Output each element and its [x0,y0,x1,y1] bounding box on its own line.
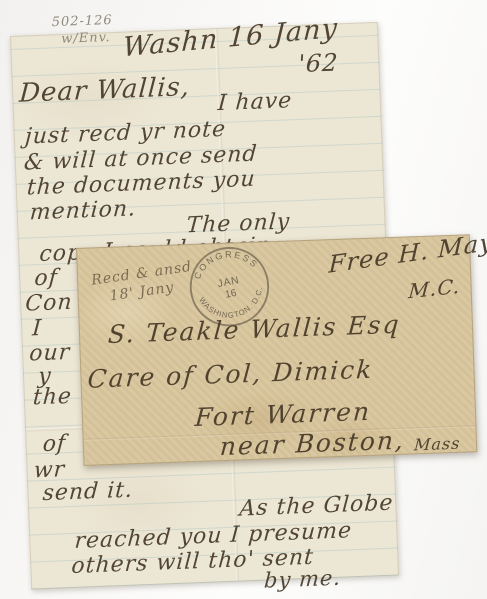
address-state: Mass [414,436,461,454]
letter-line: by me. [263,568,341,592]
letter-fragment: Con [25,292,74,316]
address-city: near Boston, [219,428,406,460]
postmark-month: JAN [217,275,241,290]
letter-fragment: the [32,386,72,410]
frank-signature-mc: M.C. [408,276,462,301]
letter-line: send it. [42,480,134,506]
accession-note: w/Env. [61,30,114,49]
letter-line: mention. [29,198,137,224]
postmark-day: 16 [224,288,238,301]
received-docket: Recd & ansd 18' Jany [90,258,196,308]
address-care-of: Care of Col, Dimick [87,357,375,392]
accession-notation: 502-126 w/Env. [51,13,113,49]
letter-fragment: of [42,433,67,456]
letter-fragment: of [34,267,59,290]
envelope: Recd & ansd 18' Jany CONGRESS WASHINGTON… [76,234,477,466]
address-recipient: S. Teakle Wallis Esq [107,312,401,347]
letter-fragment: wr [33,459,66,482]
address-fort: Fort Warren [194,399,372,430]
document-photo: Washn 16 Jany '62 Dear Wallis, I have ju… [0,0,487,599]
letter-salutation: Dear Wallis, [18,74,191,107]
accession-number: 502-126 [51,13,113,32]
letter-dateline-year: '62 [297,50,339,76]
letter-line: As the Globe [239,493,395,521]
letter-fragment: our [29,342,71,366]
letter-fragment: I [32,318,43,340]
letter-line: I have [217,90,293,115]
